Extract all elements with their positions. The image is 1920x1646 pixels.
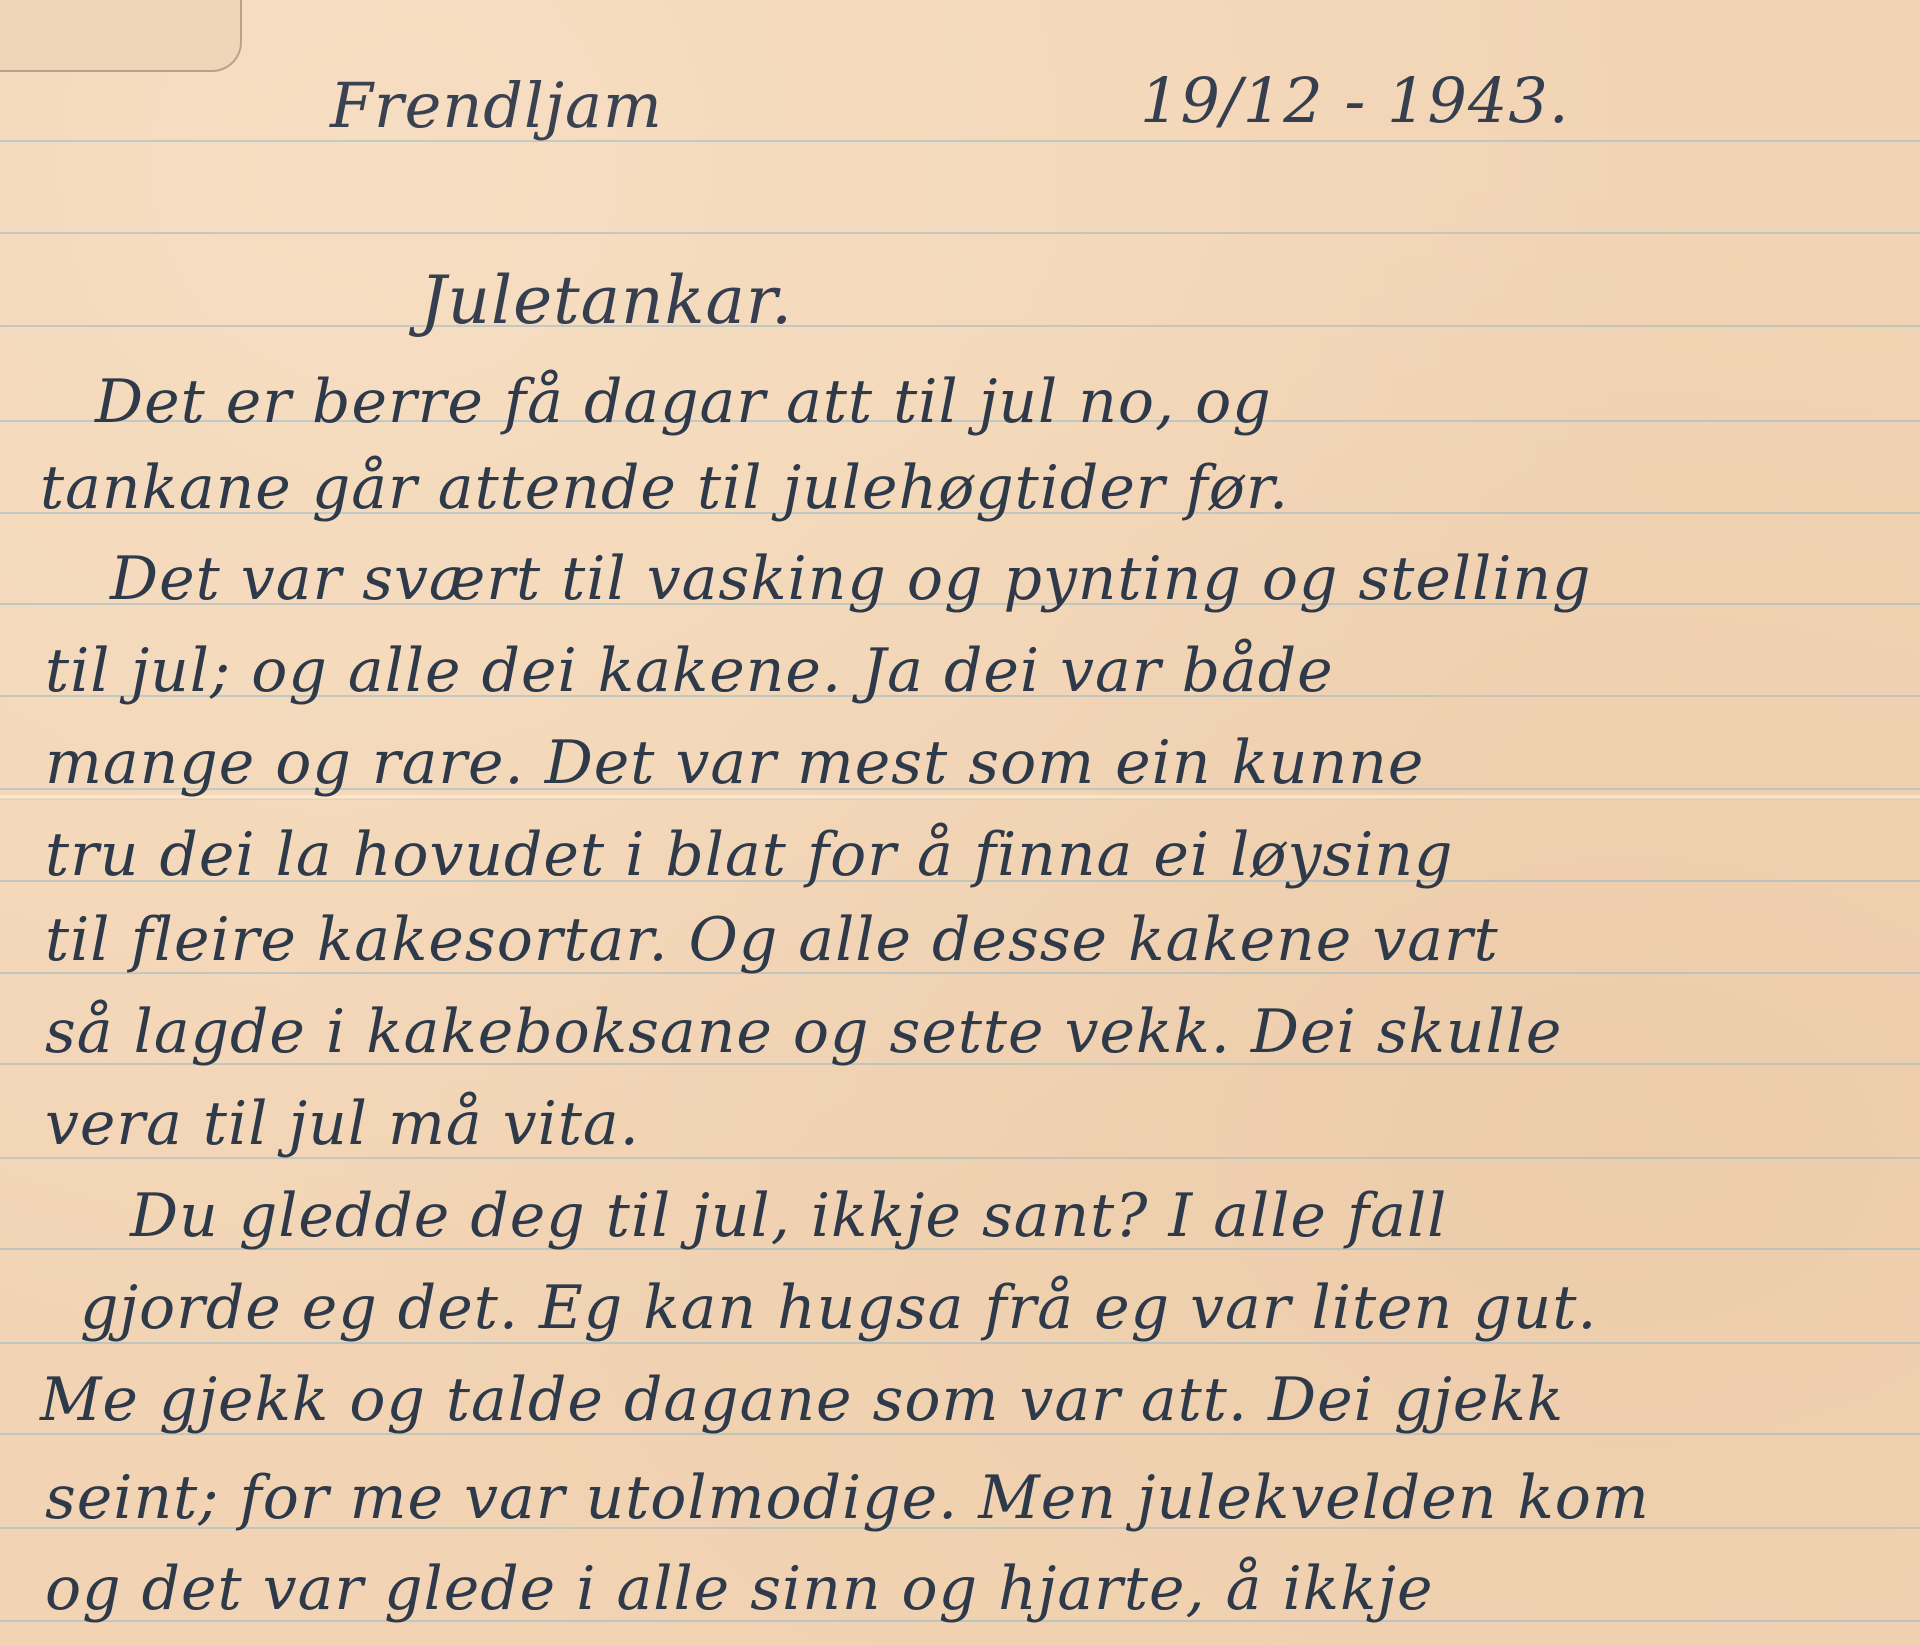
text-line: Det var svært til vasking og pynting og … — [110, 549, 1591, 609]
text-line: til fleire kakesortar. Og alle desse kak… — [45, 910, 1499, 970]
text-line: vera til jul må vita. — [45, 1094, 640, 1154]
text-line: så lagde i kakeboksane og sette vekk. De… — [45, 1002, 1562, 1062]
text-line: Det er berre få dagar att til jul no, og — [95, 372, 1272, 432]
text-line: til jul; og alle dei kakene. Ja dei var … — [45, 641, 1334, 701]
text-line: tru dei la hovudet i blat for å finna ei… — [45, 825, 1453, 885]
text-line: gjorde eg det. Eg kan hugsa frå eg var l… — [80, 1278, 1598, 1338]
text-line: tankane går attende til julehøgtider før… — [40, 458, 1289, 518]
text-line: Me gjekk og talde dagane som var att. De… — [40, 1370, 1564, 1430]
ruled-line — [0, 140, 1920, 142]
text-line: og det var glede i alle sinn og hjarte, … — [45, 1559, 1433, 1619]
letter-place: Frendljam — [330, 75, 663, 137]
letter-date: 19/12 - 1943. — [1140, 70, 1570, 132]
text-line: mange og rare. Det var mest som ein kunn… — [45, 733, 1424, 793]
ruled-line — [0, 232, 1920, 234]
text-line: seint; for me var utolmodige. Men julekv… — [45, 1468, 1650, 1528]
text-line: Du gledde deg til jul, ikkje sant? I all… — [130, 1186, 1447, 1246]
ruled-line — [0, 325, 1920, 327]
letter-title: Juletankar. — [420, 268, 793, 334]
letter-page: Frendljam 19/12 - 1943. Juletankar. Det … — [0, 0, 1920, 1646]
torn-corner — [0, 0, 242, 72]
